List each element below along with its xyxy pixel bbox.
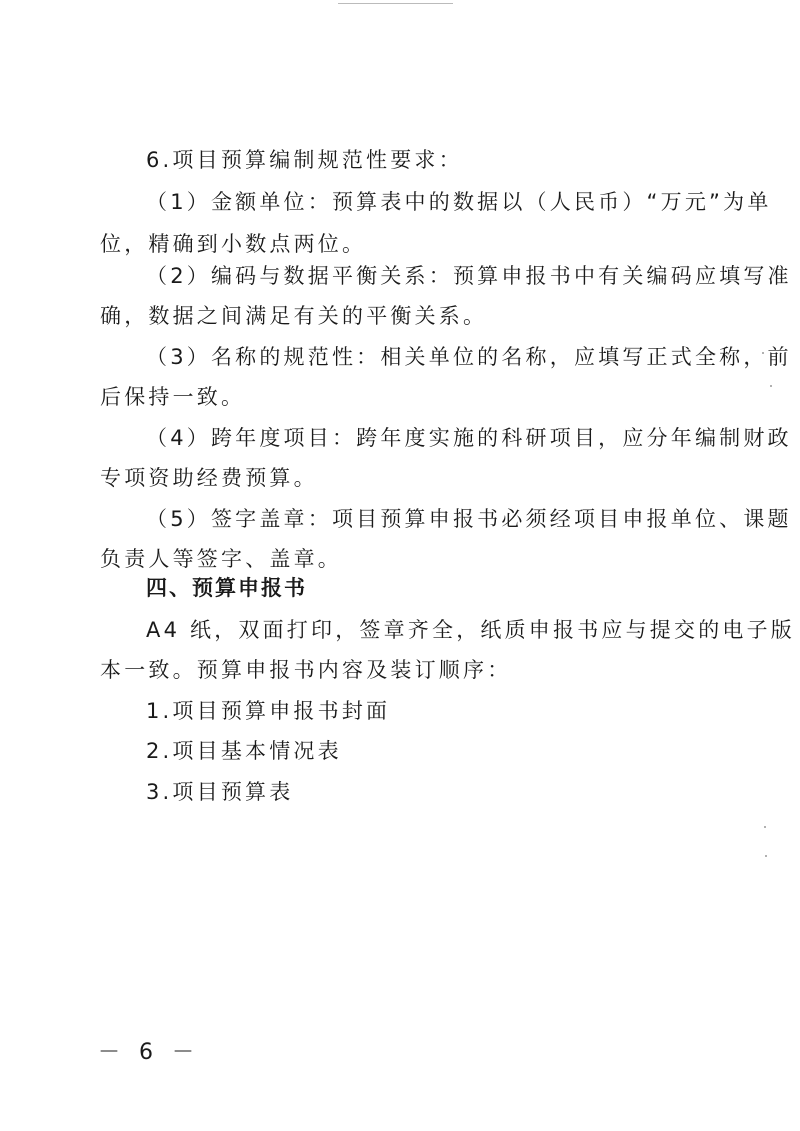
item-1-line-2: 位，精确到小数点两位。 [100,230,366,258]
item-2-line-2: 确，数据之间满足有关的平衡关系。 [100,302,487,330]
section-6-title: 6.项目预算编制规范性要求： [146,146,463,174]
scan-speck [770,385,772,387]
list-item-3: 3.项目预算表 [146,778,293,806]
section-4-para-line-2: 本一致。预算申报书内容及装订顺序： [100,656,511,684]
item-1-line-1: （1）金额单位：预算表中的数据以（人民币）“万元”为单 [146,188,772,216]
scan-speck [762,352,764,354]
item-3-line-2: 后保持一致。 [100,383,245,411]
page-number: － 6 － [98,1035,200,1066]
item-3-line-1: （3）名称的规范性：相关单位的名称，应填写正式全称，前 [146,343,792,371]
item-5-line-1: （5）签字盖章：项目预算申报书必须经项目申报单位、课题 [146,505,792,533]
item-4-line-2: 专项资助经费预算。 [100,464,318,492]
section-4-heading: 四、预算申报书 [146,574,307,602]
scan-speck [765,855,767,857]
list-item-2: 2.项目基本情况表 [146,737,342,765]
scan-edge-line [338,3,453,4]
list-item-1: 1.项目预算申报书封面 [146,697,390,725]
item-5-line-2: 负责人等签字、盖章。 [100,545,342,573]
item-2-line-1: （2）编码与数据平衡关系：预算申报书中有关编码应填写准 [146,262,792,290]
scan-speck [764,826,766,828]
item-4-line-1: （4）跨年度项目：跨年度实施的科研项目，应分年编制财政 [146,424,792,452]
section-4-para-line-1: A4 纸，双面打印，签章齐全，纸质申报书应与提交的电子版 [146,616,795,644]
